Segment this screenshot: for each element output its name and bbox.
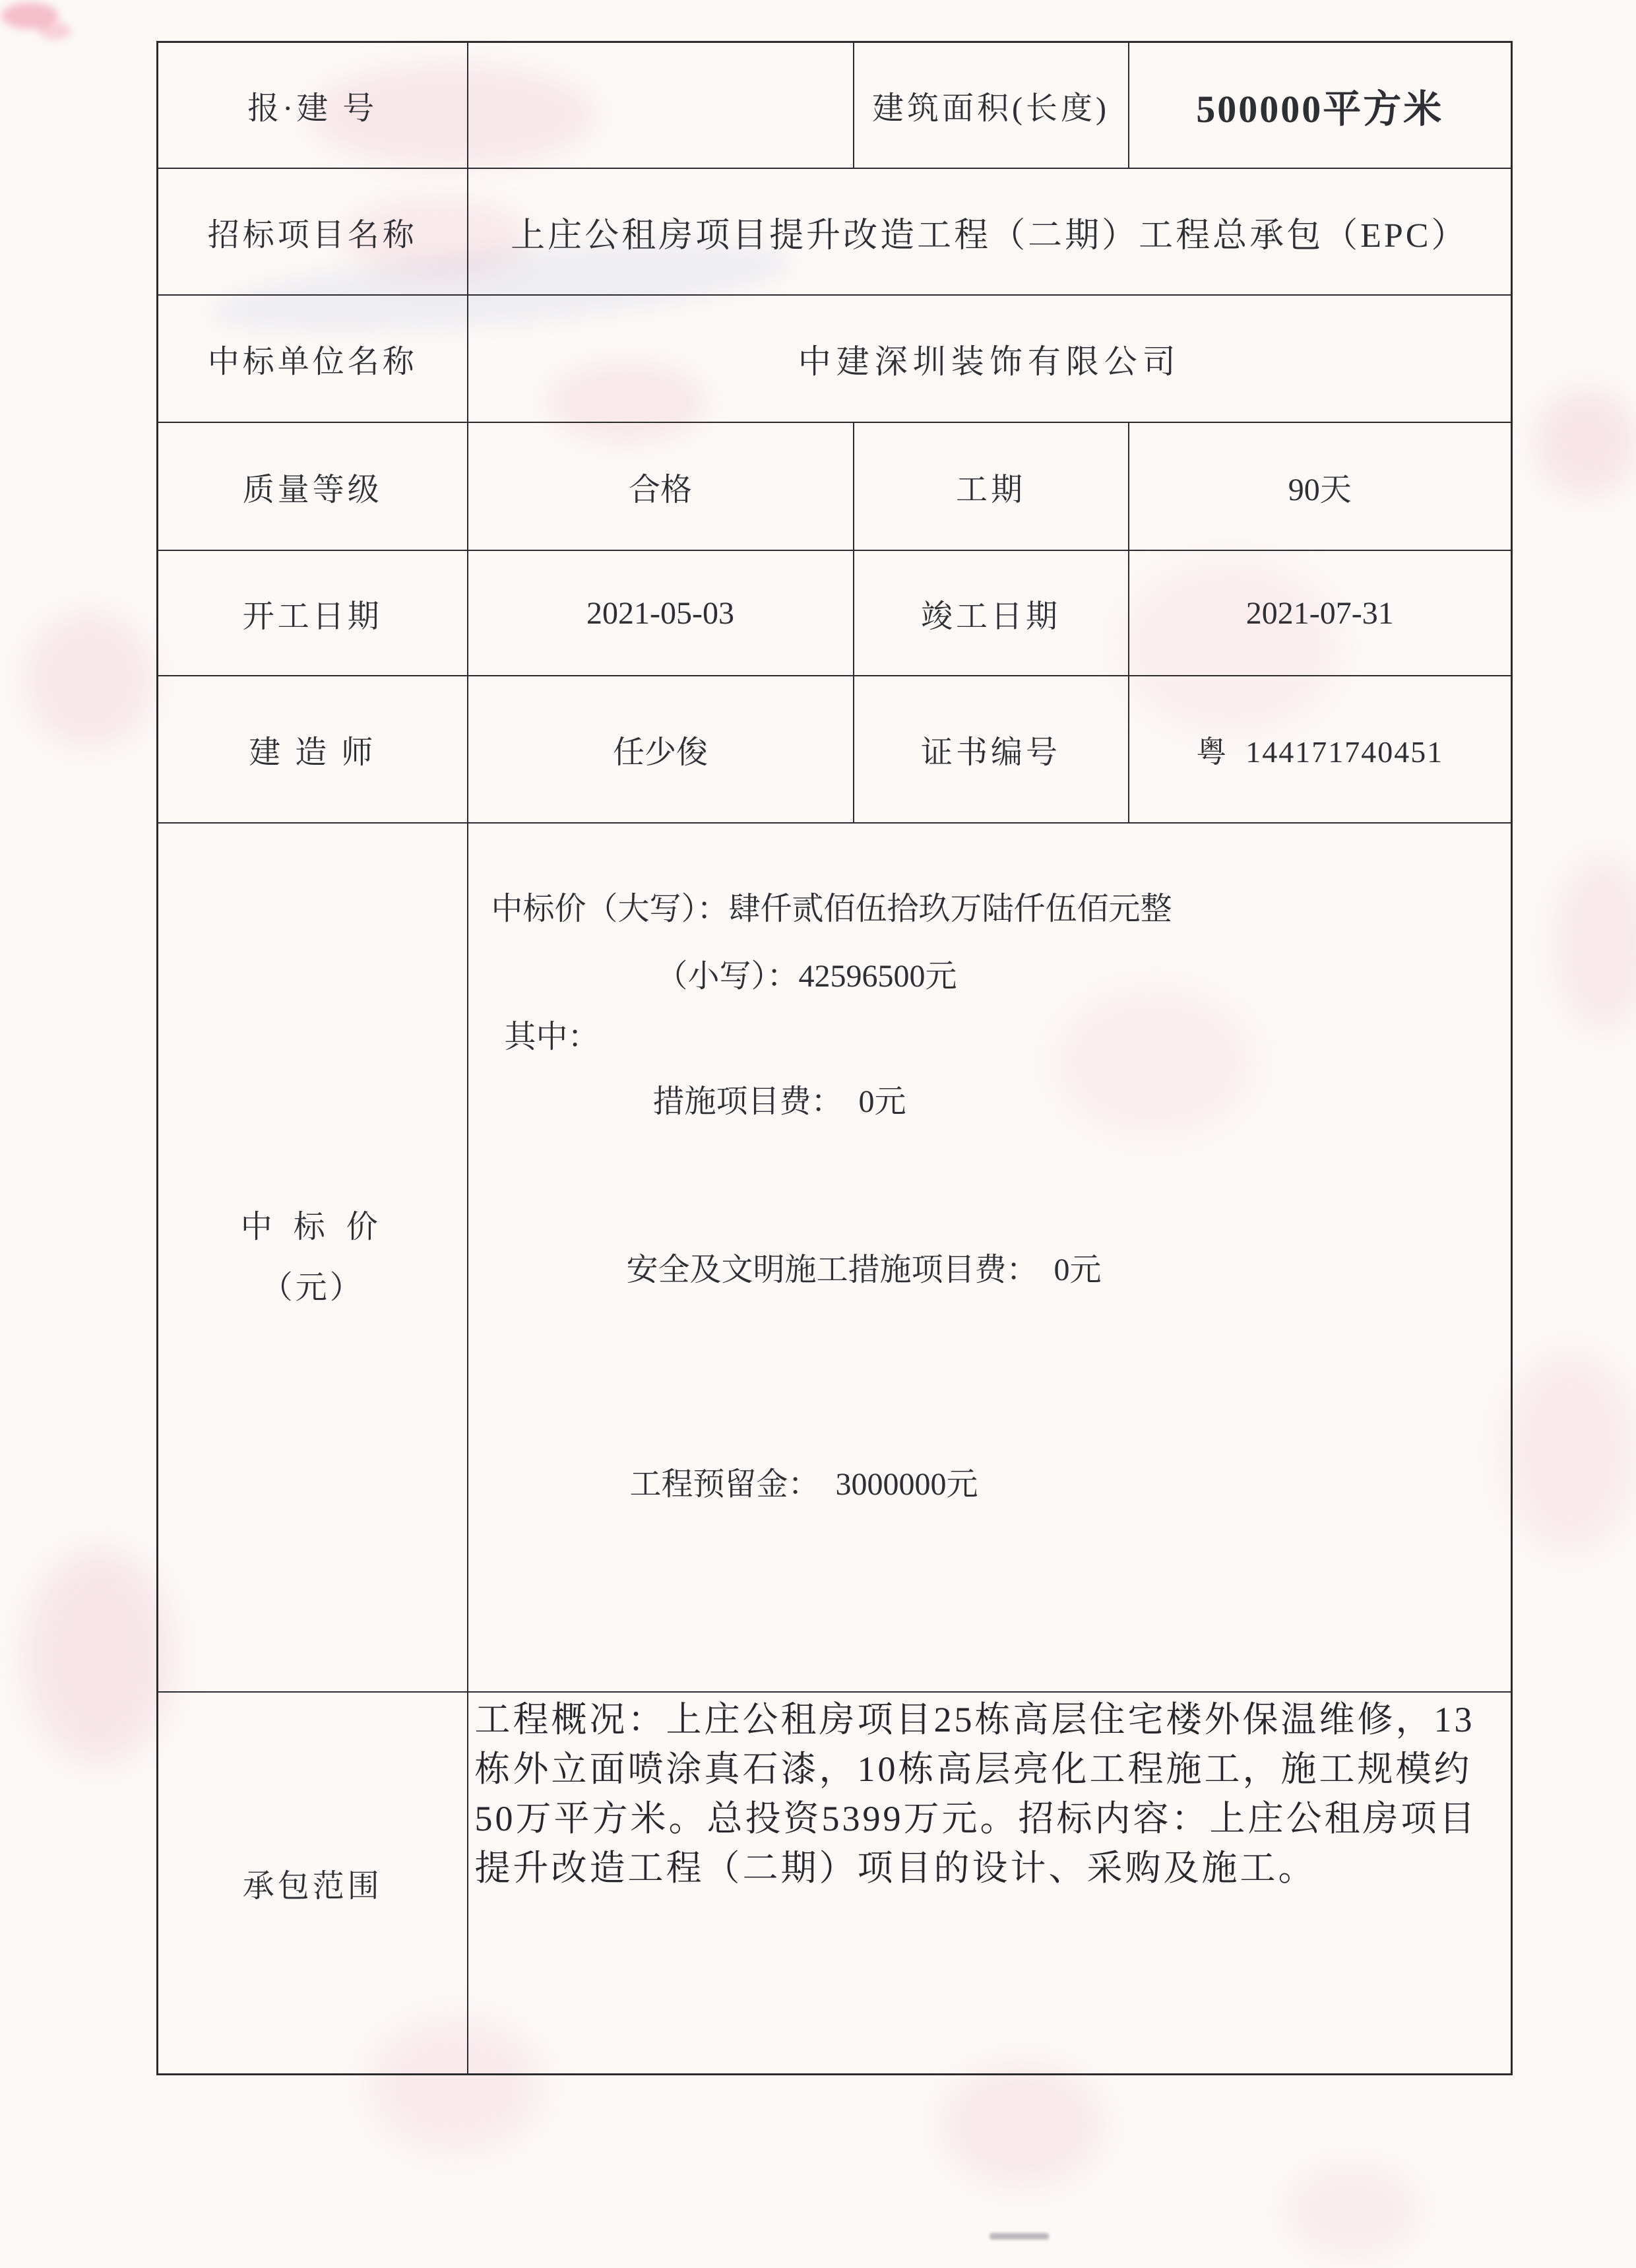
bid-price-label-line2: （元） <box>158 1267 467 1309</box>
scope-label: 承包范围 <box>158 1692 468 2075</box>
bid-price-label-line1: 中 标 价 <box>158 1206 467 1248</box>
winner-value: 中建深圳装饰有限公司 <box>468 295 1512 422</box>
table-row: 建 造 师 任少俊 证书编号 粤 144171740451 <box>158 676 1512 823</box>
bid-price-lowercase: （小写）：42596500元 <box>656 957 1511 996</box>
watermark-stain <box>990 2233 1049 2240</box>
table-row: 承包范围 工程概况：上庄公租房项目25栋高层住宅楼外保温维修，13 栋外立面喷涂… <box>158 1692 1512 2075</box>
duration-value: 90天 <box>1129 422 1512 550</box>
builder-value: 任少俊 <box>468 676 854 823</box>
safety-fee: 安全及文明施工措施项目费： 0元 <box>627 1250 1511 1290</box>
watermark-stain <box>26 614 152 746</box>
table-row: 质量等级 合格 工期 90天 <box>158 422 1512 550</box>
builder-label: 建 造 师 <box>158 676 468 823</box>
watermark-stain <box>26 1551 172 1762</box>
start-date-value: 2021-05-03 <box>468 550 854 676</box>
building-area-label: 建筑面积(长度) <box>854 42 1129 169</box>
watermark-stain <box>1504 1353 1636 1551</box>
end-date-label: 竣工日期 <box>854 550 1129 676</box>
table-row: 中标单位名称 中建深圳装饰有限公司 <box>158 295 1512 422</box>
certificate-label: 证书编号 <box>854 676 1129 823</box>
table-row: 中 标 价 （元） 中标价（大写）：肆仟贰佰伍拾玖万陆仟伍佰元整 （小写）：42… <box>158 823 1512 1692</box>
building-area-value: 500000平方米 <box>1129 42 1512 169</box>
bid-record-table: 报·建 号 建筑面积(长度) 500000平方米 招标项目名称 上庄公租房项目提… <box>156 41 1513 2075</box>
watermark-stain <box>38 22 71 40</box>
watermark-stain <box>1286 2164 1418 2257</box>
winner-label: 中标单位名称 <box>158 295 468 422</box>
table-row: 报·建 号 建筑面积(长度) 500000平方米 <box>158 42 1512 169</box>
start-date-label: 开工日期 <box>158 550 468 676</box>
bid-price-content: 中标价（大写）：肆仟贰佰伍拾玖万陆仟伍佰元整 （小写）：42596500元 其中… <box>468 823 1512 1692</box>
table-row: 开工日期 2021-05-03 竣工日期 2021-07-31 <box>158 550 1512 676</box>
report-no-value <box>468 42 854 169</box>
quality-value: 合格 <box>468 422 854 550</box>
scanned-document-page: 报·建 号 建筑面积(长度) 500000平方米 招标项目名称 上庄公租房项目提… <box>0 0 1636 2268</box>
scope-content: 工程概况：上庄公租房项目25栋高层住宅楼外保温维修，13 栋外立面喷涂真石漆，1… <box>468 1692 1512 2075</box>
bid-price-uppercase: 中标价（大写）：肆仟贰佰伍拾玖万陆仟伍佰元整 <box>491 890 1511 929</box>
scope-paragraph: 工程概况：上庄公租房项目25栋高层住宅楼外保温维修，13 栋外立面喷涂真石漆，1… <box>475 1695 1505 1893</box>
measure-fee: 措施项目费： 0元 <box>653 1082 1511 1122</box>
reserve-fund: 工程预留金： 3000000元 <box>630 1465 1511 1505</box>
duration-label: 工期 <box>854 422 1129 550</box>
bid-price-among: 其中： <box>505 1018 1511 1057</box>
watermark-stain <box>1537 389 1636 495</box>
watermark-stain <box>1 3 58 29</box>
watermark-stain <box>1557 858 1636 1029</box>
certificate-value: 粤 144171740451 <box>1129 676 1512 823</box>
table-row: 招标项目名称 上庄公租房项目提升改造工程（二期）工程总承包（EPC） <box>158 168 1512 295</box>
bid-price-label: 中 标 价 （元） <box>158 823 468 1692</box>
end-date-value: 2021-07-31 <box>1129 550 1512 676</box>
project-name-label: 招标项目名称 <box>158 168 468 295</box>
quality-label: 质量等级 <box>158 422 468 550</box>
report-no-label: 报·建 号 <box>158 42 468 169</box>
watermark-stain <box>943 2065 1102 2184</box>
project-name-value: 上庄公租房项目提升改造工程（二期）工程总承包（EPC） <box>468 168 1512 295</box>
